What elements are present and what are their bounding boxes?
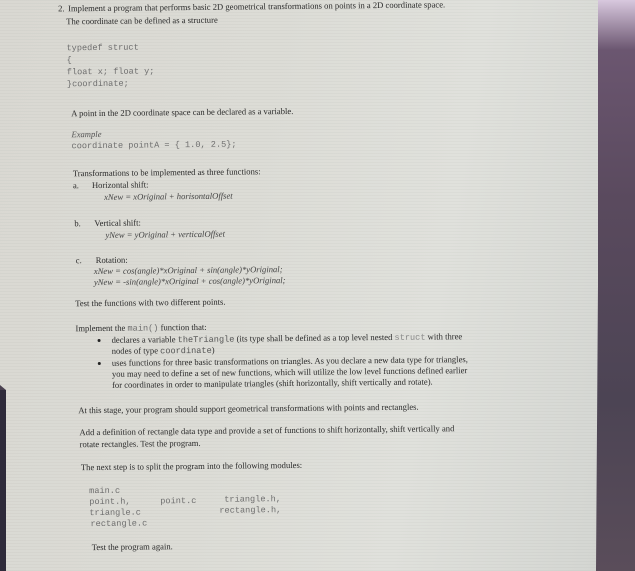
module-file: rectangle.h,	[219, 505, 281, 517]
module-file: point.h,	[89, 497, 130, 508]
screen: 2. Implement a program that performs bas…	[0, 0, 598, 571]
struct-code-line: float x; float y;	[67, 66, 155, 78]
vertical-shift-formula: yNew = yOriginal + verticalOffset	[105, 229, 225, 241]
struct-code-line: }coordinate;	[67, 79, 129, 91]
item-marker-a: a.	[73, 180, 79, 191]
bullet-icon	[98, 339, 101, 342]
module-file: triangle.h,	[224, 494, 281, 506]
module-file: main.c	[89, 486, 120, 497]
rotation-formula-y: yNew = -sin(angle)*xOriginal + cos(angle…	[94, 275, 286, 288]
bullet-icon	[98, 362, 101, 365]
modules-intro: The next step is to split the program in…	[81, 460, 302, 473]
intro-line-1: Implement a program that performs basic …	[68, 0, 445, 14]
horizontal-shift-title: Horizontal shift:	[92, 179, 149, 191]
question-number: 2.	[58, 3, 65, 14]
module-file: rectangle.c	[90, 518, 147, 530]
assignment-document: 2. Implement a program that performs bas…	[0, 0, 604, 571]
example-code: coordinate pointA = { 1.0, 2.5};	[71, 140, 236, 153]
monitor-bezel-left	[0, 390, 6, 571]
monitor-bezel-right	[595, 0, 635, 571]
module-file: point.c	[160, 496, 196, 507]
horizontal-shift-formula: xNew = xOriginal + horisontalOffset	[104, 191, 233, 203]
rectangle-text-line-2: rotate rectangles. Test the program.	[80, 438, 201, 450]
stage-text: At this stage, your program should suppo…	[78, 402, 418, 417]
module-file: triangle.c	[89, 508, 141, 520]
intro-line-2: The coordinate can be defined as a struc…	[66, 15, 218, 28]
rectangle-text-line-1: Add a definition of rectangle data type …	[79, 423, 454, 438]
bullet-1-line-2: nodes of type coordinate)	[112, 345, 215, 358]
test-points-text: Test the functions with two different po…	[75, 297, 225, 310]
struct-code-line: typedef struct	[66, 43, 138, 55]
struct-code-line: {	[67, 55, 72, 66]
example-label: Example	[71, 129, 101, 140]
bullet-2-line-3: for coordinates in order to manipulate t…	[112, 376, 433, 390]
item-marker-c: c.	[76, 255, 82, 266]
rotation-title: Rotation:	[96, 255, 128, 266]
point-declaration-text: A point in the 2D coordinate space can b…	[71, 106, 293, 119]
transformations-heading: Transformations to be implemented as thr…	[73, 166, 261, 179]
item-marker-b: b.	[74, 218, 81, 229]
vertical-shift-title: Vertical shift:	[94, 218, 141, 229]
final-text: Test the program again.	[92, 541, 173, 553]
